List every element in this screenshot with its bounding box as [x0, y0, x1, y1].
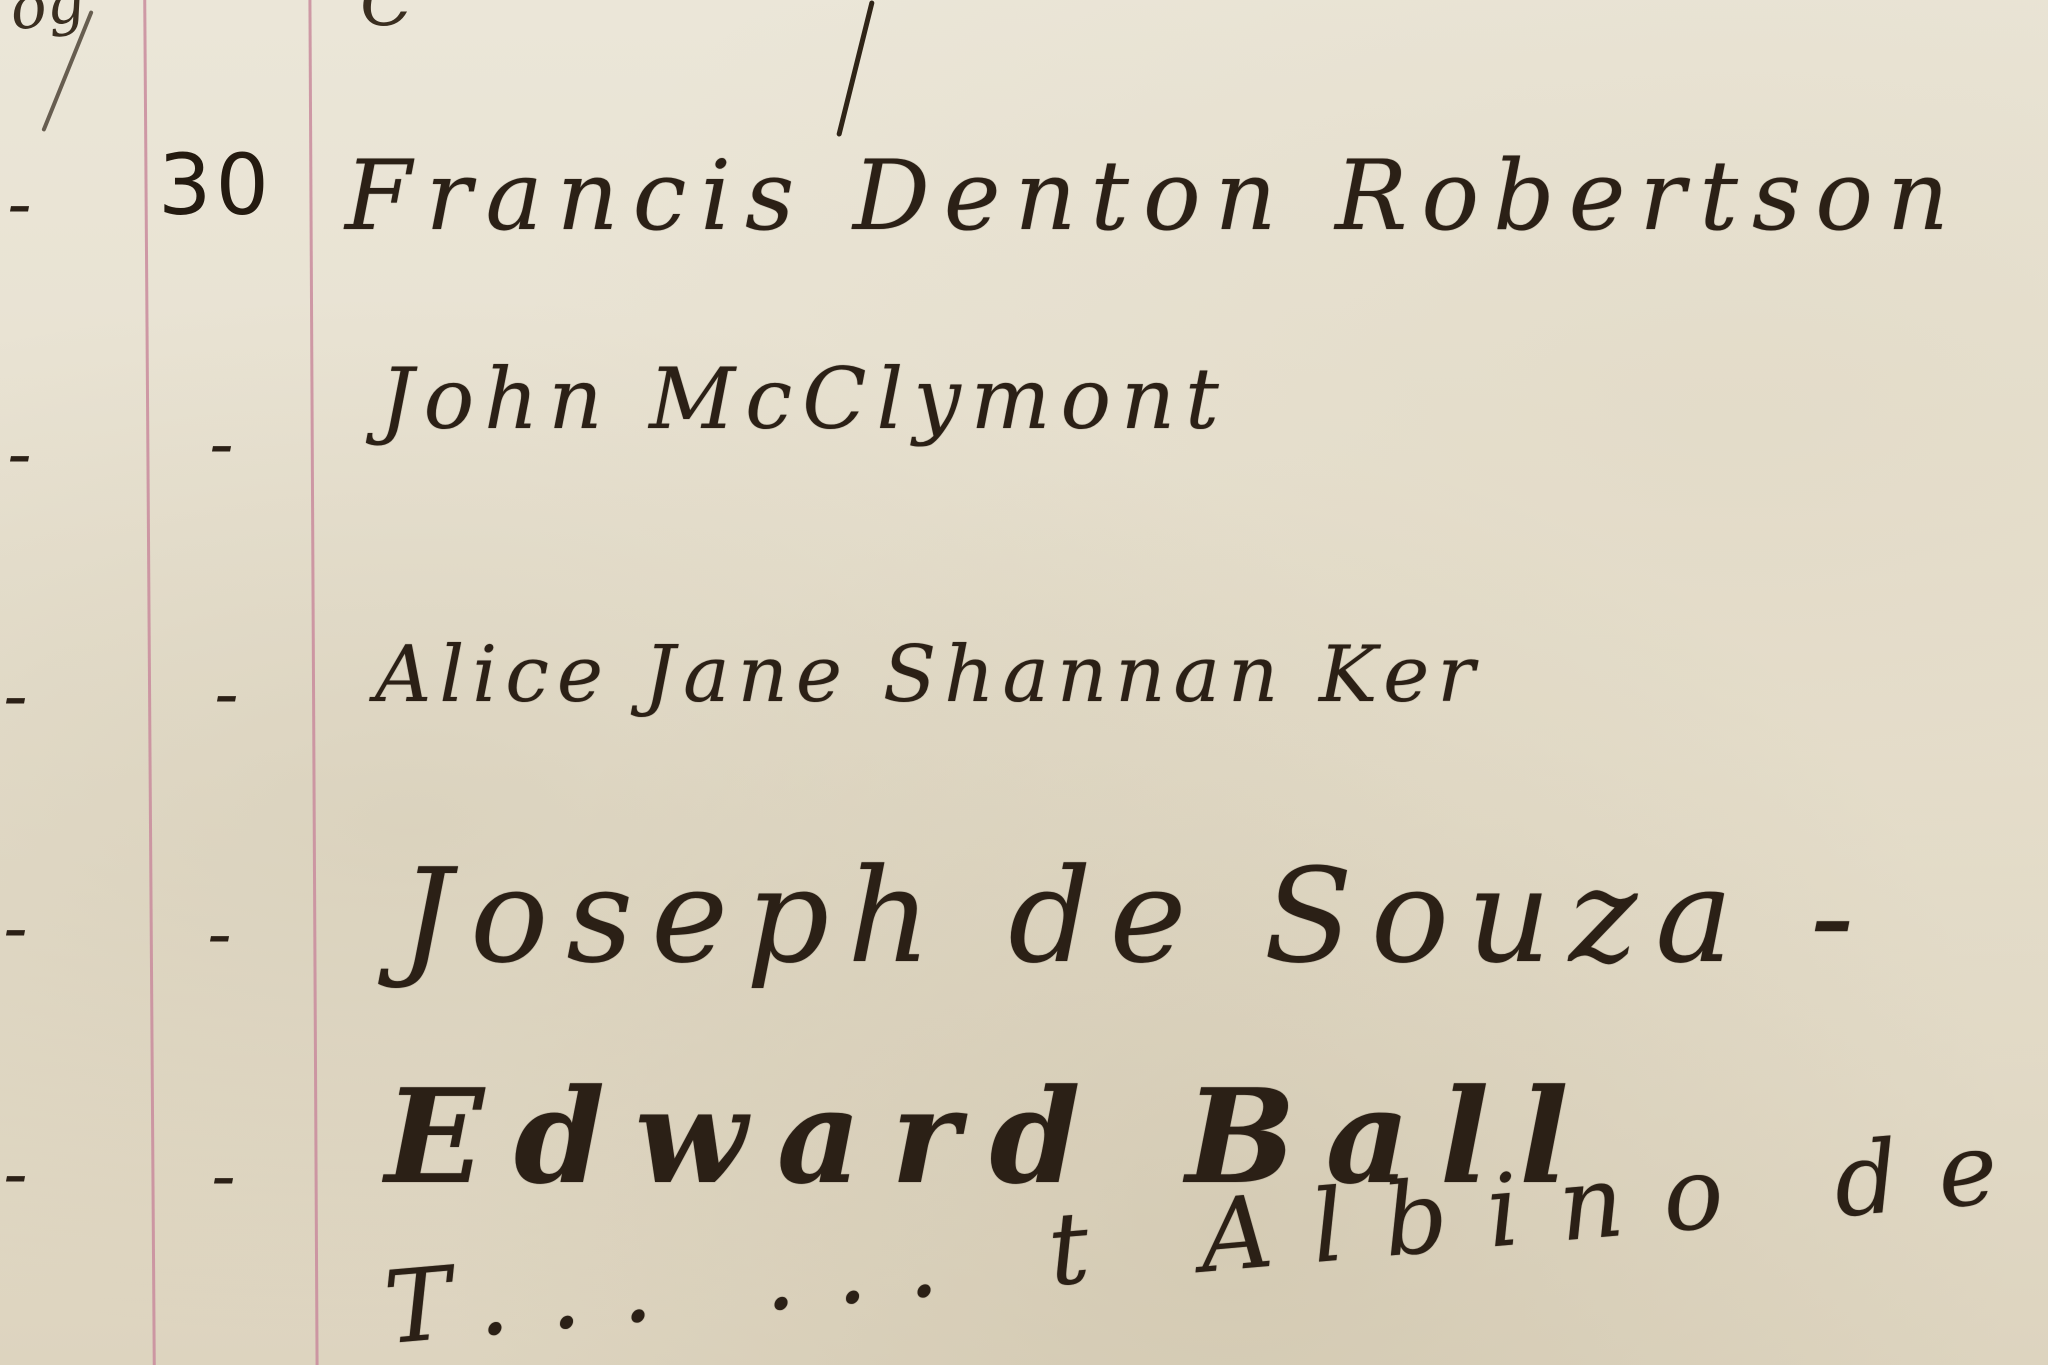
ditto-mark: – — [208, 908, 231, 962]
day-number: 30 — [158, 136, 273, 234]
descender-stroke — [836, 0, 875, 137]
margin-mark: – — [8, 178, 31, 232]
entry-name: Joseph de Souza - — [400, 840, 1872, 992]
top-fragment-left: og — [5, 0, 89, 45]
entry-name: Alice Jane Shannan Ker — [375, 630, 1483, 720]
column-rule-right — [308, 0, 318, 1365]
entry-name: Francis Denton Robertson — [345, 140, 1963, 252]
register-page: og C – – – – – 30 – – – – Francis Denton… — [0, 0, 2048, 1365]
top-fragment-center: C — [360, 0, 414, 42]
ditto-mark: – — [210, 418, 233, 472]
margin-mark: – — [4, 902, 27, 956]
margin-mark: – — [4, 1148, 27, 1202]
ditto-mark: – — [212, 1150, 235, 1204]
entry-name: John McClymont — [380, 350, 1229, 448]
ditto-mark: – — [215, 668, 238, 722]
margin-mark: – — [8, 428, 31, 482]
column-rule-left — [143, 0, 156, 1365]
margin-mark: – — [4, 670, 27, 724]
